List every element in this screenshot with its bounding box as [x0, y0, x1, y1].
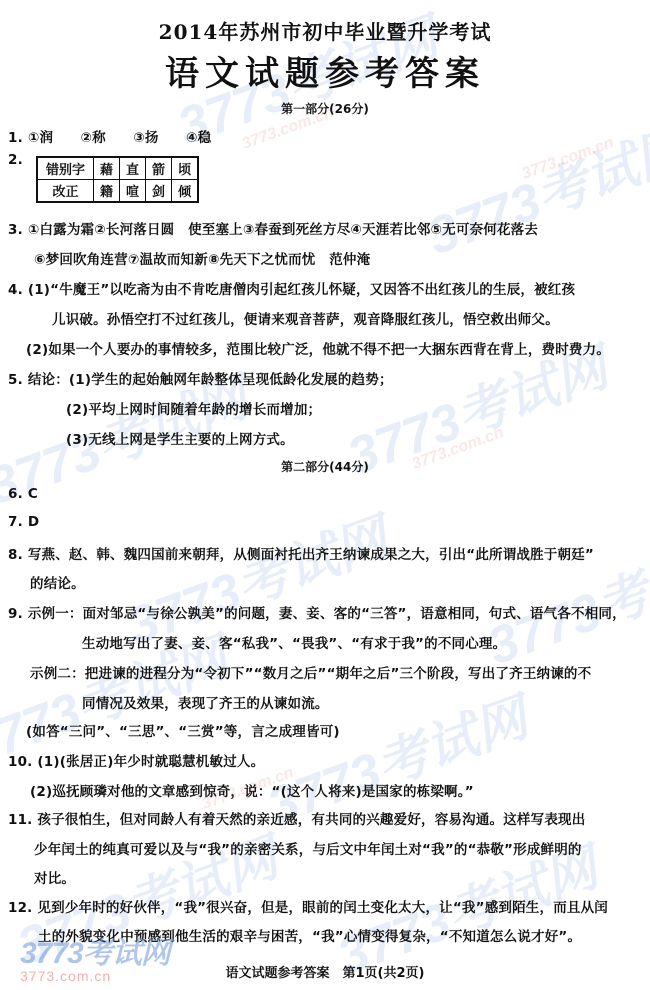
document-title: 语文试题参考答案: [0, 46, 650, 95]
answer-q5-line3: (3)无线上网是学生主要的上网方式。: [66, 428, 294, 448]
answer-q9-line5: (如答“三问”、“三思”、“三赏”等，言之成理皆可): [26, 720, 340, 740]
answer-q2-label: 2.: [8, 152, 23, 168]
answer-q9-line2: 生动地写出了妻、妾、客“私我”、“畏我”、“有求于我”的不同心理。: [82, 632, 506, 652]
table-row: 改正 籍 喧 剑 倾: [37, 180, 198, 203]
exam-title: 2014年苏州市初中毕业暨升学考试: [0, 16, 650, 45]
answer-q4-line1: 4. (1)“牛魔王”以吃斋为由不肯吃唐僧肉引起红孩儿怀疑，又因答不出红孩儿的生…: [8, 278, 575, 298]
answer-q10-line2: (2)巡抚顾璘对他的文章感到惊奇，说：“(这个人将来)是国家的栋梁啊。”: [30, 780, 474, 800]
answer-q8-line2: 的结论。: [30, 572, 85, 592]
answer-q9-line3: 示例二：把进谏的进程分为“令初下”“数月之后”“期年之后”三个阶段，写出了齐王纳…: [30, 662, 591, 682]
table-cell: 剑: [146, 180, 172, 203]
answer-q3-line2: ⑥梦回吹角连营⑦温故而知新⑧先天下之忧而忧 范仲淹: [34, 248, 370, 268]
part1-heading: 第一部分(26分): [0, 100, 650, 117]
answer-q6: 6. C: [8, 486, 38, 502]
table-cell: 顷: [172, 157, 199, 180]
answer-q11-line1: 11. 孩子很怕生，但对同龄人有着天然的亲近感，有共同的兴趣爱好，容易沟通。这样…: [8, 808, 585, 828]
part2-heading: 第二部分(44分): [0, 458, 650, 475]
table-cell: 倾: [172, 180, 199, 203]
row-header: 改正: [37, 180, 94, 203]
answer-q11-line2: 少年闰土的纯真可爱以及与“我”的亲密关系，与后文中年闰土对“我”的“恭敬”形成鲜…: [34, 838, 582, 858]
answer-q4-line2: 儿识破。孙悟空打不过红孩儿，便请来观音菩萨，观音降服红孩儿，悟空救出师父。: [52, 308, 559, 328]
watermark-url: 3773.com.cn: [520, 134, 616, 184]
answer-q8-line1: 8. 写燕、赵、韩、魏四国前来朝拜，从侧面衬托出齐王纳谏成果之大，引出“此所谓战…: [8, 543, 594, 563]
row-header: 错别字: [37, 157, 94, 180]
watermark: 3773考试网: [415, 106, 650, 269]
answer-q11-line3: 对比。: [34, 867, 75, 887]
answer-q9-line1: 9. 示例一：面对邹忌“与徐公孰美”的问题，妻、妾、客的“三答”，语意相同，句式…: [8, 602, 626, 622]
answer-q10-line1: 10. (1)(张居正)年少时就聪慧机敏过人。: [8, 750, 264, 770]
table-cell: 箭: [146, 157, 172, 180]
answer-q3-line1: 3. ①白露为霜②长河落日圆 使至塞上③春蚕到死丝方尽④天涯若比邻⑤无可奈何花落…: [8, 218, 538, 238]
answer-q4-line3: (2)如果一个人要办的事情较多，范围比较广泛，他就不得不把一大捆东西背在背上，费…: [26, 338, 610, 358]
typo-correction-table: 错别字 藉 直 箭 顷 改正 籍 喧 剑 倾: [36, 156, 199, 203]
page-footer: 语文试题参考答案 第1页(共2页): [0, 962, 650, 981]
answer-q7: 7. D: [8, 514, 39, 530]
watermark: 3773考试网: [475, 516, 650, 679]
table-cell: 藉: [94, 157, 120, 180]
answer-q1: 1. ①润 ②称 ③扬 ④稳: [8, 126, 211, 146]
table-cell: 喧: [120, 180, 146, 203]
answer-q12-line1: 12. 见到少年时的好伙伴，“我”很兴奋，但是，眼前的闰土变化太大，让“我”感到…: [8, 896, 608, 916]
table-cell: 籍: [94, 180, 120, 203]
answer-q5-line1: 5. 结论：(1)学生的起始触网年龄整体呈现低龄化发展的趋势；: [8, 368, 393, 388]
answer-sheet-page: 3773考试网 3773.com.cn 3773考试网 3773.com.cn …: [0, 0, 650, 990]
answer-q5-line2: (2)平均上网时间随着年龄的增长而增加；: [66, 398, 321, 418]
table-row: 错别字 藉 直 箭 顷: [37, 157, 198, 180]
answer-q9-line4: 同情况及效果，表现了齐王的从谏如流。: [82, 692, 329, 712]
table-cell: 直: [120, 157, 146, 180]
